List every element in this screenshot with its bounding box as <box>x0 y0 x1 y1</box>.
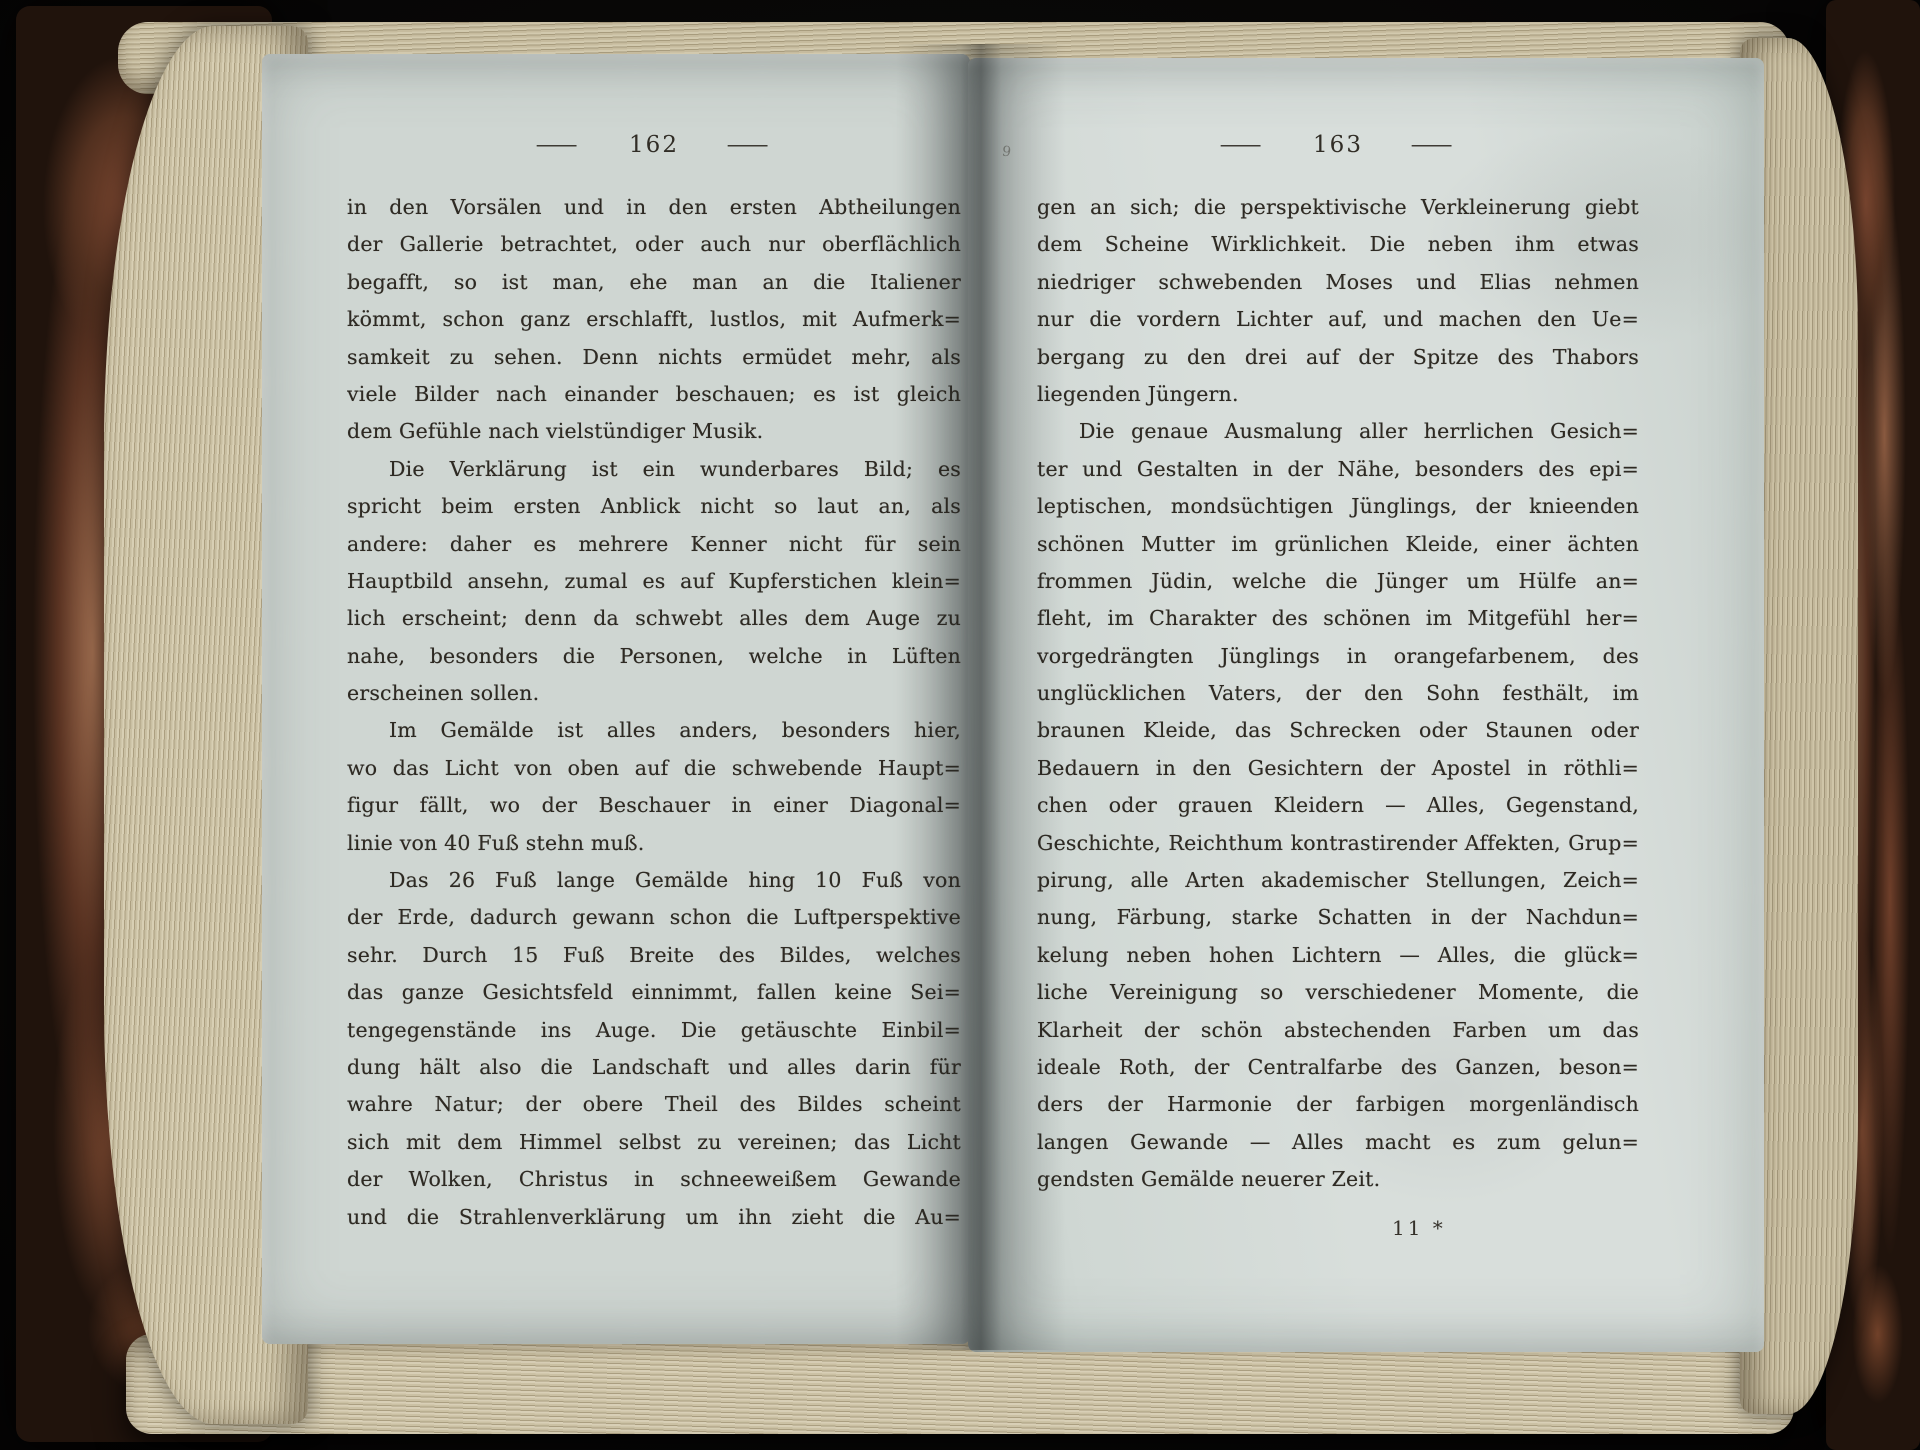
text-line: wo das Licht von oben auf die schwebende… <box>347 750 961 787</box>
text-line: kömmt, schon ganz erschlafft, lustlos, m… <box>347 301 961 338</box>
text-line: in den Vorsälen und in den ersten Abthei… <box>347 189 961 226</box>
text-line: das ganze Gesichtsfeld einnimmt, fallen … <box>347 974 961 1011</box>
text-line: frommen Jüdin, welche die Jünger um Hülf… <box>1037 563 1639 600</box>
text-line: gendsten Gemälde neuerer Zeit. <box>1037 1161 1639 1198</box>
text-line: Hauptbild ansehn, zumal es auf Kupfersti… <box>347 563 961 600</box>
text-line: und die Strahlenverklärung um ihn zieht … <box>347 1199 961 1236</box>
text-line: liegenden Jüngern. <box>1037 376 1639 413</box>
signature-mark: 11 * <box>1392 1216 1446 1240</box>
text-line: Geschichte, Reichthum kontrastirender Af… <box>1037 825 1639 862</box>
gutter-mark: 9 <box>1001 143 1012 160</box>
text-line: niedriger schwebenden Moses und Elias ne… <box>1037 264 1639 301</box>
text-line: figur fällt, wo der Beschauer in einer D… <box>347 787 961 824</box>
text-line: sich mit dem Himmel selbst zu vereinen; … <box>347 1124 961 1161</box>
text-line: gen an sich; die perspektivische Verklei… <box>1037 189 1639 226</box>
text-line: der Gallerie betrachtet, oder auch nur o… <box>347 226 961 263</box>
text-line: sehr. Durch 15 Fuß Breite des Bildes, we… <box>347 937 961 974</box>
text-line: lich erscheint; denn da schwebt alles de… <box>347 600 961 637</box>
text-line: vorgedrängten Jünglings in orangefarbene… <box>1037 638 1639 675</box>
text-line: Im Gemälde ist alles anders, besonders h… <box>347 712 961 749</box>
text-line: langen Gewande — Alles macht es zum gelu… <box>1037 1124 1639 1161</box>
text-line: chen oder grauen Kleidern — Alles, Gegen… <box>1037 787 1639 824</box>
text-line: erscheinen sollen. <box>347 675 961 712</box>
text-line: andere: daher es mehrere Kenner nicht fü… <box>347 526 961 563</box>
text-line: Klarheit der schön abstechenden Farben u… <box>1037 1012 1639 1049</box>
text-line: bergang zu den drei auf der Spitze des T… <box>1037 339 1639 376</box>
text-line: linie von 40 Fuß stehn muß. <box>347 825 961 862</box>
page-163-text-column: gen an sich; die perspektivische Verklei… <box>1037 189 1639 1199</box>
text-line: begafft, so ist man, ehe man an die Ital… <box>347 264 961 301</box>
text-line: ter und Gestalten in der Nähe, besonders… <box>1037 451 1639 488</box>
book-photo: — 162 — in den Vorsälen und in den erste… <box>0 0 1920 1450</box>
text-line: Die Verklärung ist ein wunderbares Bild;… <box>347 451 961 488</box>
page-162: — 162 — in den Vorsälen und in den erste… <box>262 54 970 1344</box>
text-line: fleht, im Charakter des schönen im Mitge… <box>1037 600 1639 637</box>
page-162-text-column: in den Vorsälen und in den ersten Abthei… <box>347 189 961 1236</box>
header-dash-icon: — <box>535 132 583 158</box>
text-line: pirung, alle Arten akademischer Stellung… <box>1037 862 1639 899</box>
page-number-162: 162 <box>629 132 679 158</box>
text-line: liche Vereinigung so verschiedener Momen… <box>1037 974 1639 1011</box>
text-line: viele Bilder nach einander beschauen; es… <box>347 376 961 413</box>
page-163: 9 — 163 — gen an sich; die perspektivisc… <box>968 58 1764 1352</box>
text-line: Das 26 Fuß lange Gemälde hing 10 Fuß von <box>347 862 961 899</box>
text-line: wahre Natur; der obere Theil des Bildes … <box>347 1086 961 1123</box>
header-dash-icon: — <box>1219 132 1267 158</box>
text-line: braunen Kleide, das Schrecken oder Staun… <box>1037 712 1639 749</box>
text-line: Bedauern in den Gesichtern der Apostel i… <box>1037 750 1639 787</box>
text-line: dung hält also die Landschaft und alles … <box>347 1049 961 1086</box>
text-line: tengegenstände ins Auge. Die getäuschte … <box>347 1012 961 1049</box>
header-dash-icon: — <box>726 132 774 158</box>
text-line: nur die vordern Lichter auf, und machen … <box>1037 301 1639 338</box>
text-line: dem Gefühle nach vielstündiger Musik. <box>347 413 961 450</box>
text-line: der Wolken, Christus in schneeweißem Gew… <box>347 1161 961 1198</box>
header-dash-icon: — <box>1410 132 1458 158</box>
text-line: ideale Roth, der Centralfarbe des Ganzen… <box>1037 1049 1639 1086</box>
text-line: schönen Mutter im grünlichen Kleide, ein… <box>1037 526 1639 563</box>
text-line: unglücklichen Vaters, der den Sohn festh… <box>1037 675 1639 712</box>
page-163-header: — 163 — <box>1037 132 1639 158</box>
text-line: Die genaue Ausmalung aller herrlichen Ge… <box>1037 413 1639 450</box>
text-line: samkeit zu sehen. Denn nichts ermüdet me… <box>347 339 961 376</box>
text-line: leptischen, mondsüchtigen Jünglings, der… <box>1037 488 1639 525</box>
page-number-163: 163 <box>1313 132 1363 158</box>
text-line: ders der Harmonie der farbigen morgenlän… <box>1037 1086 1639 1123</box>
text-line: nahe, besonders die Personen, welche in … <box>347 638 961 675</box>
text-line: dem Scheine Wirklichkeit. Die neben ihm … <box>1037 226 1639 263</box>
text-line: nung, Färbung, starke Schatten in der Na… <box>1037 899 1639 936</box>
page-162-header: — 162 — <box>347 132 961 158</box>
text-line: der Erde, dadurch gewann schon die Luftp… <box>347 899 961 936</box>
text-line: kelung neben hohen Lichtern — Alles, die… <box>1037 937 1639 974</box>
text-line: spricht beim ersten Anblick nicht so lau… <box>347 488 961 525</box>
